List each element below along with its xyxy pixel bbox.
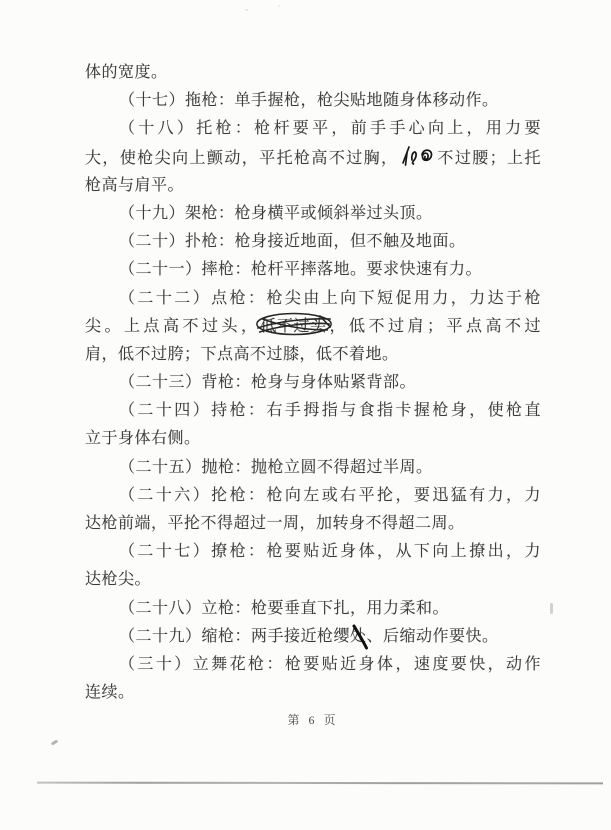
handwriting-scribble	[398, 144, 436, 168]
text-segment: （十九）架枪：枪身横平或倾斜举过头顶。	[119, 205, 433, 222]
text-segment: （十八）托枪：枪杆要平，前手手心向上，用力要	[119, 120, 541, 137]
text-segment: 不过腰；上托	[436, 150, 541, 167]
text-segment: 肩，低不过胯；下点高不过膝，低不着地。	[85, 346, 399, 363]
scan-speck	[245, 9, 248, 11]
text-segment: 体的宽度。	[85, 64, 168, 81]
struck-out-text: 低不过头	[260, 313, 326, 341]
text-line: （二十七）撩枪：枪要贴近身体，从下向上撩出，力	[85, 538, 541, 566]
text-line: （二十九）缩枪：两手接近枪缨处、后缩动作要快。	[85, 623, 541, 651]
text-line: 体的宽度。	[85, 59, 541, 87]
scan-speck	[278, 5, 280, 7]
text-segment: 立于身体右侧。	[85, 430, 201, 447]
text-segment: （二十）扑枪：枪身接近地面，但不触及地面。	[119, 233, 466, 250]
text-segment: 达枪前端，平抡不得超过一周，加转身不得超二周。	[85, 515, 465, 532]
text-line: （十七）拖枪：单手握枪，枪尖贴地随身体移动作。	[85, 87, 541, 115]
text-line: 枪高与肩平。	[85, 172, 541, 200]
text-segment: （二十九）缩枪：两手接近枪缨	[119, 628, 350, 645]
scan-edge-line	[37, 782, 603, 785]
text-line: （二十二）点枪：枪尖由上向下短促用力，力达于枪	[85, 285, 541, 313]
handwriting-scribble-mark	[398, 144, 436, 168]
strikeout-scribble-mark	[255, 311, 333, 338]
text-line: （二十六）抡枪：枪向左或右平抡，要迅猛有力，力	[85, 482, 541, 510]
text-segment: （二十三）背枪：枪身与身体贴紧背部。	[119, 374, 416, 391]
text-segment: （二十五）抛枪：抛枪立圆不得超过半周。	[119, 459, 433, 476]
scan-speck	[550, 603, 553, 614]
text-segment: （二十四）持枪：右手拇指与食指卡握枪身，使枪直	[119, 402, 541, 419]
text-segment: （二十八）立枪：枪要垂直下扎，用力柔和。	[119, 600, 449, 617]
text-segment: 大，使枪尖向上颤动，平托枪高不过胸，	[85, 150, 398, 167]
text-segment: 尖。上点高不过头，	[85, 318, 260, 335]
text-line: （二十四）持枪：右手拇指与食指卡握枪身，使枪直	[85, 397, 541, 425]
text-line: （二十八）立枪：枪要垂直下扎，用力柔和。	[85, 595, 541, 623]
text-block: 体的宽度。（十七）拖枪：单手握枪，枪尖贴地随身体移动作。（十八）托枪：枪杆要平，…	[85, 59, 541, 728]
text-segment: （二十一）摔枪：枪杆平摔落地。要求快速有力。	[119, 261, 482, 278]
text-line: （二十）扑枪：枪身接近地面，但不触及地面。	[85, 228, 541, 256]
text-line: 连续。	[85, 679, 541, 707]
pen-stroke-mark	[351, 624, 369, 650]
text-line: 尖。上点高不过头，低不过头，低不过肩；平点高不过	[85, 313, 541, 341]
scanned-document-page: 体的宽度。（十七）拖枪：单手握枪，枪尖贴地随身体移动作。（十八）托枪：枪杆要平，…	[0, 0, 611, 830]
text-segment: 连续。	[85, 684, 135, 701]
text-line: （二十五）抛枪：抛枪立圆不得超过半周。	[85, 454, 541, 482]
scan-speck	[51, 739, 59, 745]
text-line: 大，使枪尖向上颤动，平托枪高不过胸，不过腰；上托	[85, 144, 541, 172]
text-line: 肩，低不过胯；下点高不过膝，低不着地。	[85, 341, 541, 369]
text-segment: （二十六）抡枪：枪向左或右平抡，要迅猛有力，力	[119, 487, 541, 504]
text-line: 立于身体右侧。	[85, 425, 541, 453]
text-segment: （十七）拖枪：单手握枪，枪尖贴地随身体移动作。	[119, 92, 499, 109]
text-segment: 、后缩动作要快。	[367, 628, 499, 645]
pen-marked-text: 处	[350, 623, 367, 651]
text-line: （十九）架枪：枪身横平或倾斜举过头顶。	[85, 200, 541, 228]
text-segment: 枪高与肩平。	[85, 177, 184, 194]
text-line: （十八）托枪：枪杆要平，前手手心向上，用力要	[85, 115, 541, 143]
text-line: （二十三）背枪：枪身与身体贴紧背部。	[85, 369, 541, 397]
text-line: （二十一）摔枪：枪杆平摔落地。要求快速有力。	[85, 256, 541, 284]
text-segment: 达枪尖。	[85, 571, 151, 588]
text-segment: （二十二）点枪：枪尖由上向下短促用力，力达于枪	[119, 290, 541, 307]
text-segment: （二十七）撩枪：枪要贴近身体，从下向上撩出，力	[119, 543, 541, 560]
page-number: 第 6 页	[85, 712, 541, 728]
text-segment: （三十）立舞花枪：枪要贴近身体，速度要快，动作	[119, 656, 541, 673]
text-line: （三十）立舞花枪：枪要贴近身体，速度要快，动作	[85, 651, 541, 679]
text-line: 达枪前端，平抡不得超过一周，加转身不得超二周。	[85, 510, 541, 538]
text-segment: ，低不过肩；平点高不过	[327, 318, 541, 335]
text-line: 达枪尖。	[85, 566, 541, 594]
